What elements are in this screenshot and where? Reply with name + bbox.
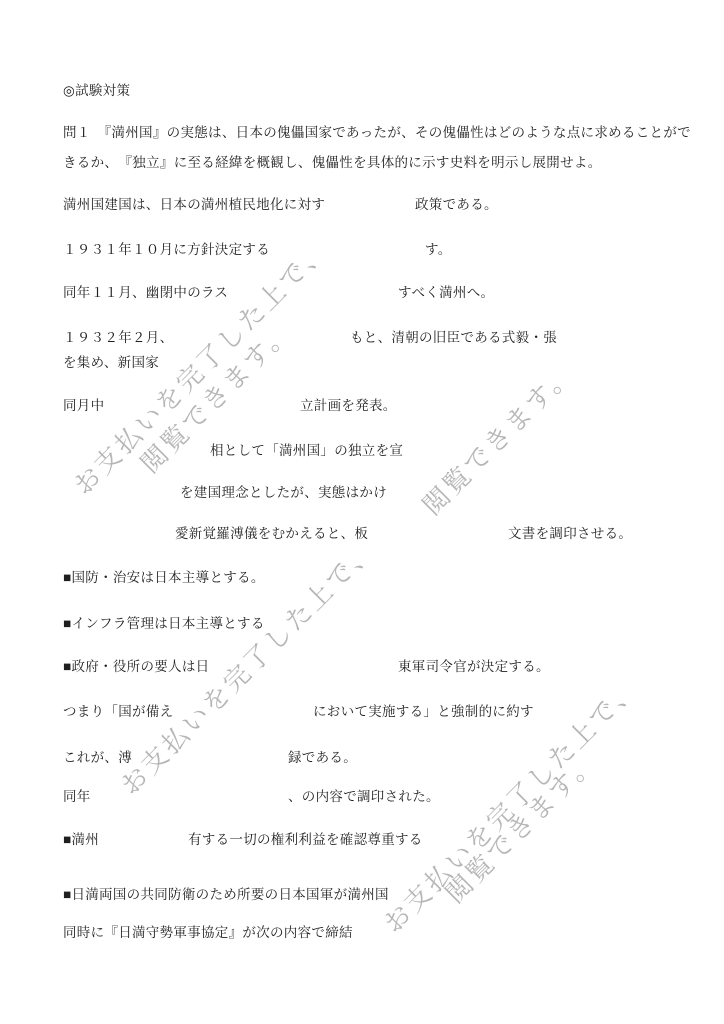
text-segment: を建国理念としたが、実態はかけ — [180, 486, 387, 500]
text-segment: つまり「国が備え — [63, 705, 173, 719]
text-segment: 録である。 — [288, 751, 357, 765]
text-segment: 同年 — [63, 790, 91, 804]
text-segment: 相として「満州国」の独立を宣 — [210, 444, 403, 458]
text-segment: 同月中 — [63, 399, 104, 413]
text-segment: ◎試験対策 — [63, 84, 130, 98]
text-segment: 有する一切の権利利益を確認尊重する — [188, 833, 423, 847]
watermark-text: 閲覧できます。 — [442, 748, 602, 908]
text-segment: ■日満両国の共同防衛のため所要の日本国軍が満州国 — [63, 888, 389, 902]
text-segment: 愛新覚羅溥儀をむかえると、板 — [175, 527, 368, 541]
text-segment: これが、溥 — [63, 751, 132, 765]
text-segment: 東軍司令官が決定する。 — [398, 660, 550, 674]
text-segment: 問１ 『満州国』の実態は、日本の傀儡国家であったが、その傀儡性はどのような点に求… — [63, 126, 691, 140]
text-segment: １９３２年２月、 — [63, 331, 173, 345]
text-segment: す。 — [425, 243, 452, 257]
watermark-text: 閲覧できます。 — [419, 360, 579, 520]
text-segment: もと、清朝の旧臣である式毅・張 — [350, 331, 557, 345]
text-segment: ■満州 — [63, 833, 99, 847]
text-segment: 政策である。 — [415, 198, 498, 212]
text-segment: 満州国建国は、日本の満州植民地化に対す — [63, 198, 325, 212]
text-segment: 文書を調印させる。 — [508, 527, 632, 541]
text-segment: きるか、 『独立』に至る経緯を概観し、傀儡性を具体的に示す史料を明示し展開せよ。 — [63, 156, 602, 170]
text-segment: 同年１１月、幽閉中のラス — [63, 286, 228, 300]
text-segment: 立計画を発表。 — [300, 399, 397, 413]
text-segment: において実施する」と強制的に約す — [313, 705, 534, 719]
text-segment: 、の内容で調印された。 — [288, 790, 440, 804]
text-segment: 同時に『日満守勢軍事協定』が次の内容で締結 — [63, 926, 353, 940]
text-segment: ■政府・役所の要人は日 — [63, 660, 209, 674]
text-segment: を集め、新国家 — [63, 356, 159, 370]
text-segment: ■国防・治安は日本主導とする。 — [63, 571, 265, 585]
text-segment: １９３１年１０月に方針決定する — [63, 243, 270, 257]
text-segment: ■インフラ管理は日本主導とする — [63, 617, 265, 631]
document-page: お支払いを完了した上で、閲覧できます。閲覧できます。お支払いを完了した上で、お支… — [0, 0, 724, 1024]
text-segment: すべく満州へ。 — [398, 286, 494, 300]
